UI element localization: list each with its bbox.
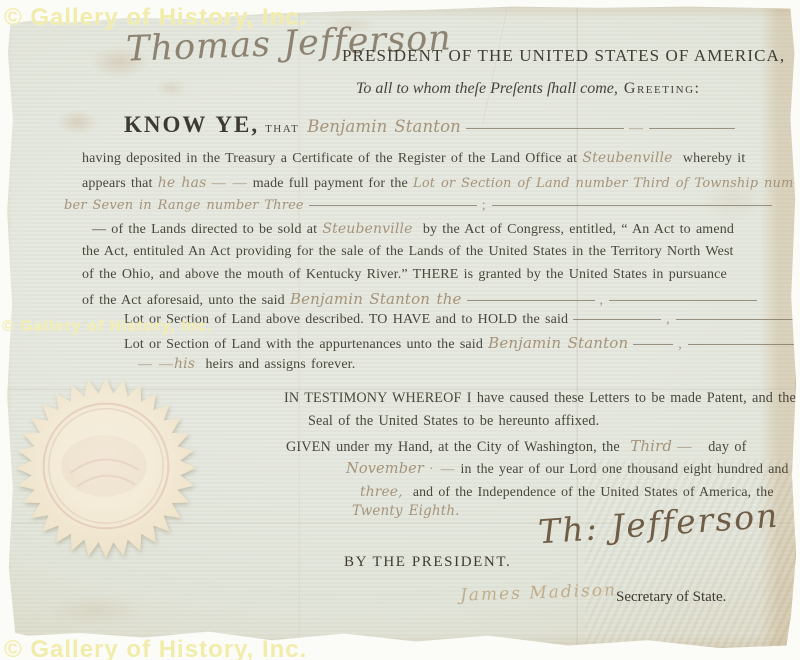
blank-rule: [492, 203, 772, 206]
dash: — —: [212, 176, 248, 191]
dash: — —: [138, 357, 174, 372]
body-line-appurtenances: Lot or Section of Land with the appurten…: [124, 334, 800, 353]
watermark-bottom: © Gallery of History, Inc.: [4, 636, 307, 660]
printed-text: by the Act of Congress, entitled, “ An A…: [423, 222, 734, 237]
blank-rule: [466, 126, 624, 129]
body-line-to-have: Lot or Section of Land above described. …: [124, 312, 799, 328]
given-line: GIVEN under my Hand, at the City of Wash…: [286, 437, 746, 456]
watermark-top: © Gallery of History, Inc.: [4, 4, 307, 32]
know-ye-line: KNOW YE,thatBenjamin Stanton—: [124, 112, 740, 138]
salutation-line: To all to whom theſe Preſents ſhall come…: [356, 80, 700, 98]
body-line-deposited: having deposited in the Treasury a Certi…: [82, 150, 745, 167]
dash: —: [677, 439, 692, 455]
seal-eagle-impression: [61, 435, 147, 496]
comma: ,: [666, 312, 671, 327]
stain: [30, 590, 160, 630]
document-scan: Thomas Jefferson PRESIDENT OF THE UNITED…: [0, 0, 800, 660]
body-line-payment: appears that he has — — made full paymen…: [82, 175, 798, 192]
body-line-ohio: of the Ohio, and above the mouth of Kent…: [82, 267, 727, 283]
printed-text: GIVEN under my Hand, at the City of Wash…: [286, 439, 620, 455]
printed-text: made full payment for the: [253, 176, 408, 191]
independence-line: three, and of the Independence of the Un…: [360, 484, 774, 500]
printed-text: IN TESTIMONY WHEREOF I have caused these…: [284, 390, 796, 406]
body-line-granted: of the Act aforesaid, unto the said Benj…: [82, 290, 762, 309]
stain: [150, 75, 192, 101]
printed-text: having deposited in the Treasury a Certi…: [82, 151, 577, 166]
blank-rule: [467, 298, 595, 301]
body-line-heirs: — —his heirs and assigns forever.: [138, 356, 355, 373]
fold-crease-vertical: [576, 0, 579, 660]
printed-text: and of the Independence of the United St…: [413, 484, 774, 499]
printed-text: day of: [708, 439, 746, 455]
dash: · —: [429, 461, 455, 476]
handwritten-year: three,: [360, 484, 403, 500]
handwritten-he-has: he has: [158, 175, 207, 191]
printed-text: the Act, entituled An Act providing for …: [82, 244, 734, 259]
by-the-president-label: BY THE PRESIDENT.: [344, 554, 511, 571]
salutation-text: To all to whom theſe Preſents ſhall come…: [356, 80, 618, 97]
body-line-act: the Act, entituled An Act providing for …: [82, 244, 734, 260]
stain: [50, 105, 105, 139]
blank-rule: [609, 298, 757, 301]
blank-rule: [633, 342, 673, 345]
blank-rule: [573, 317, 661, 320]
handwritten-twenty-eighth: Twenty Eighth.: [352, 503, 460, 519]
handwritten-his: his: [174, 356, 195, 372]
handwritten-month: November: [346, 461, 424, 477]
greeting-text: Greeting:: [624, 80, 701, 97]
body-line-range: ber Seven in Range number Three;: [64, 198, 777, 214]
that-word: that: [265, 119, 299, 136]
blank-rule: [309, 203, 477, 206]
blank-rule: [649, 126, 735, 129]
testimony-line-2: Seal of the United States to be hereunto…: [308, 413, 599, 430]
year-line: November · — in the year of our Lord one…: [346, 461, 789, 477]
handwritten-range: ber Seven in Range number Three: [64, 198, 304, 213]
dash: —: [629, 121, 644, 136]
independence-year-line: Twenty Eighth.: [352, 503, 460, 520]
comma: ,: [600, 293, 605, 308]
semicolon: ;: [482, 198, 487, 213]
handwritten-land-office: Steubenville: [582, 150, 672, 166]
printed-text: whereby it: [683, 151, 745, 166]
printed-text: in the year of our Lord one thousand eig…: [461, 461, 789, 476]
printed-text: — of the Lands directed to be sold at: [92, 222, 317, 237]
watermark-middle: © Gallery of History, Inc.: [2, 318, 213, 336]
printed-text: Seal of the United States to be hereunto…: [308, 413, 599, 429]
printed-text: of the Ohio, and above the mouth of Kent…: [82, 267, 727, 282]
fold-crease-vertical: [298, 0, 301, 660]
know-ye-text: KNOW YE,: [124, 112, 259, 137]
body-line-lands-sold: — of the Lands directed to be sold at St…: [92, 221, 734, 238]
blank-rule: [688, 342, 796, 345]
handwritten-land-office: Steubenville: [322, 221, 412, 237]
handwritten-grantee-name: Benjamin Stanton the: [290, 290, 462, 308]
handwritten-day: Third: [630, 437, 672, 455]
comma: ,: [678, 337, 683, 352]
document-title: PRESIDENT OF THE UNITED STATES OF AMERIC…: [342, 46, 785, 66]
handwritten-grantee-name: Benjamin Stanton: [488, 334, 628, 352]
embossed-paper-seal: [14, 376, 198, 560]
printed-text: of the Act aforesaid, unto the said: [82, 293, 285, 308]
printed-text: appears that: [82, 176, 153, 191]
printed-text: Lot or Section of Land with the appurten…: [124, 337, 483, 352]
printed-text: heirs and assigns forever.: [205, 357, 355, 372]
handwritten-grantee-name: Benjamin Stanton: [307, 117, 461, 136]
secretary-of-state-label: Secretary of State.: [616, 589, 726, 606]
blank-rule: [676, 317, 794, 320]
handwritten-land-description: Lot or Section of Land number Third of T…: [413, 176, 798, 191]
testimony-line-1: IN TESTIMONY WHEREOF I have caused these…: [284, 390, 796, 407]
